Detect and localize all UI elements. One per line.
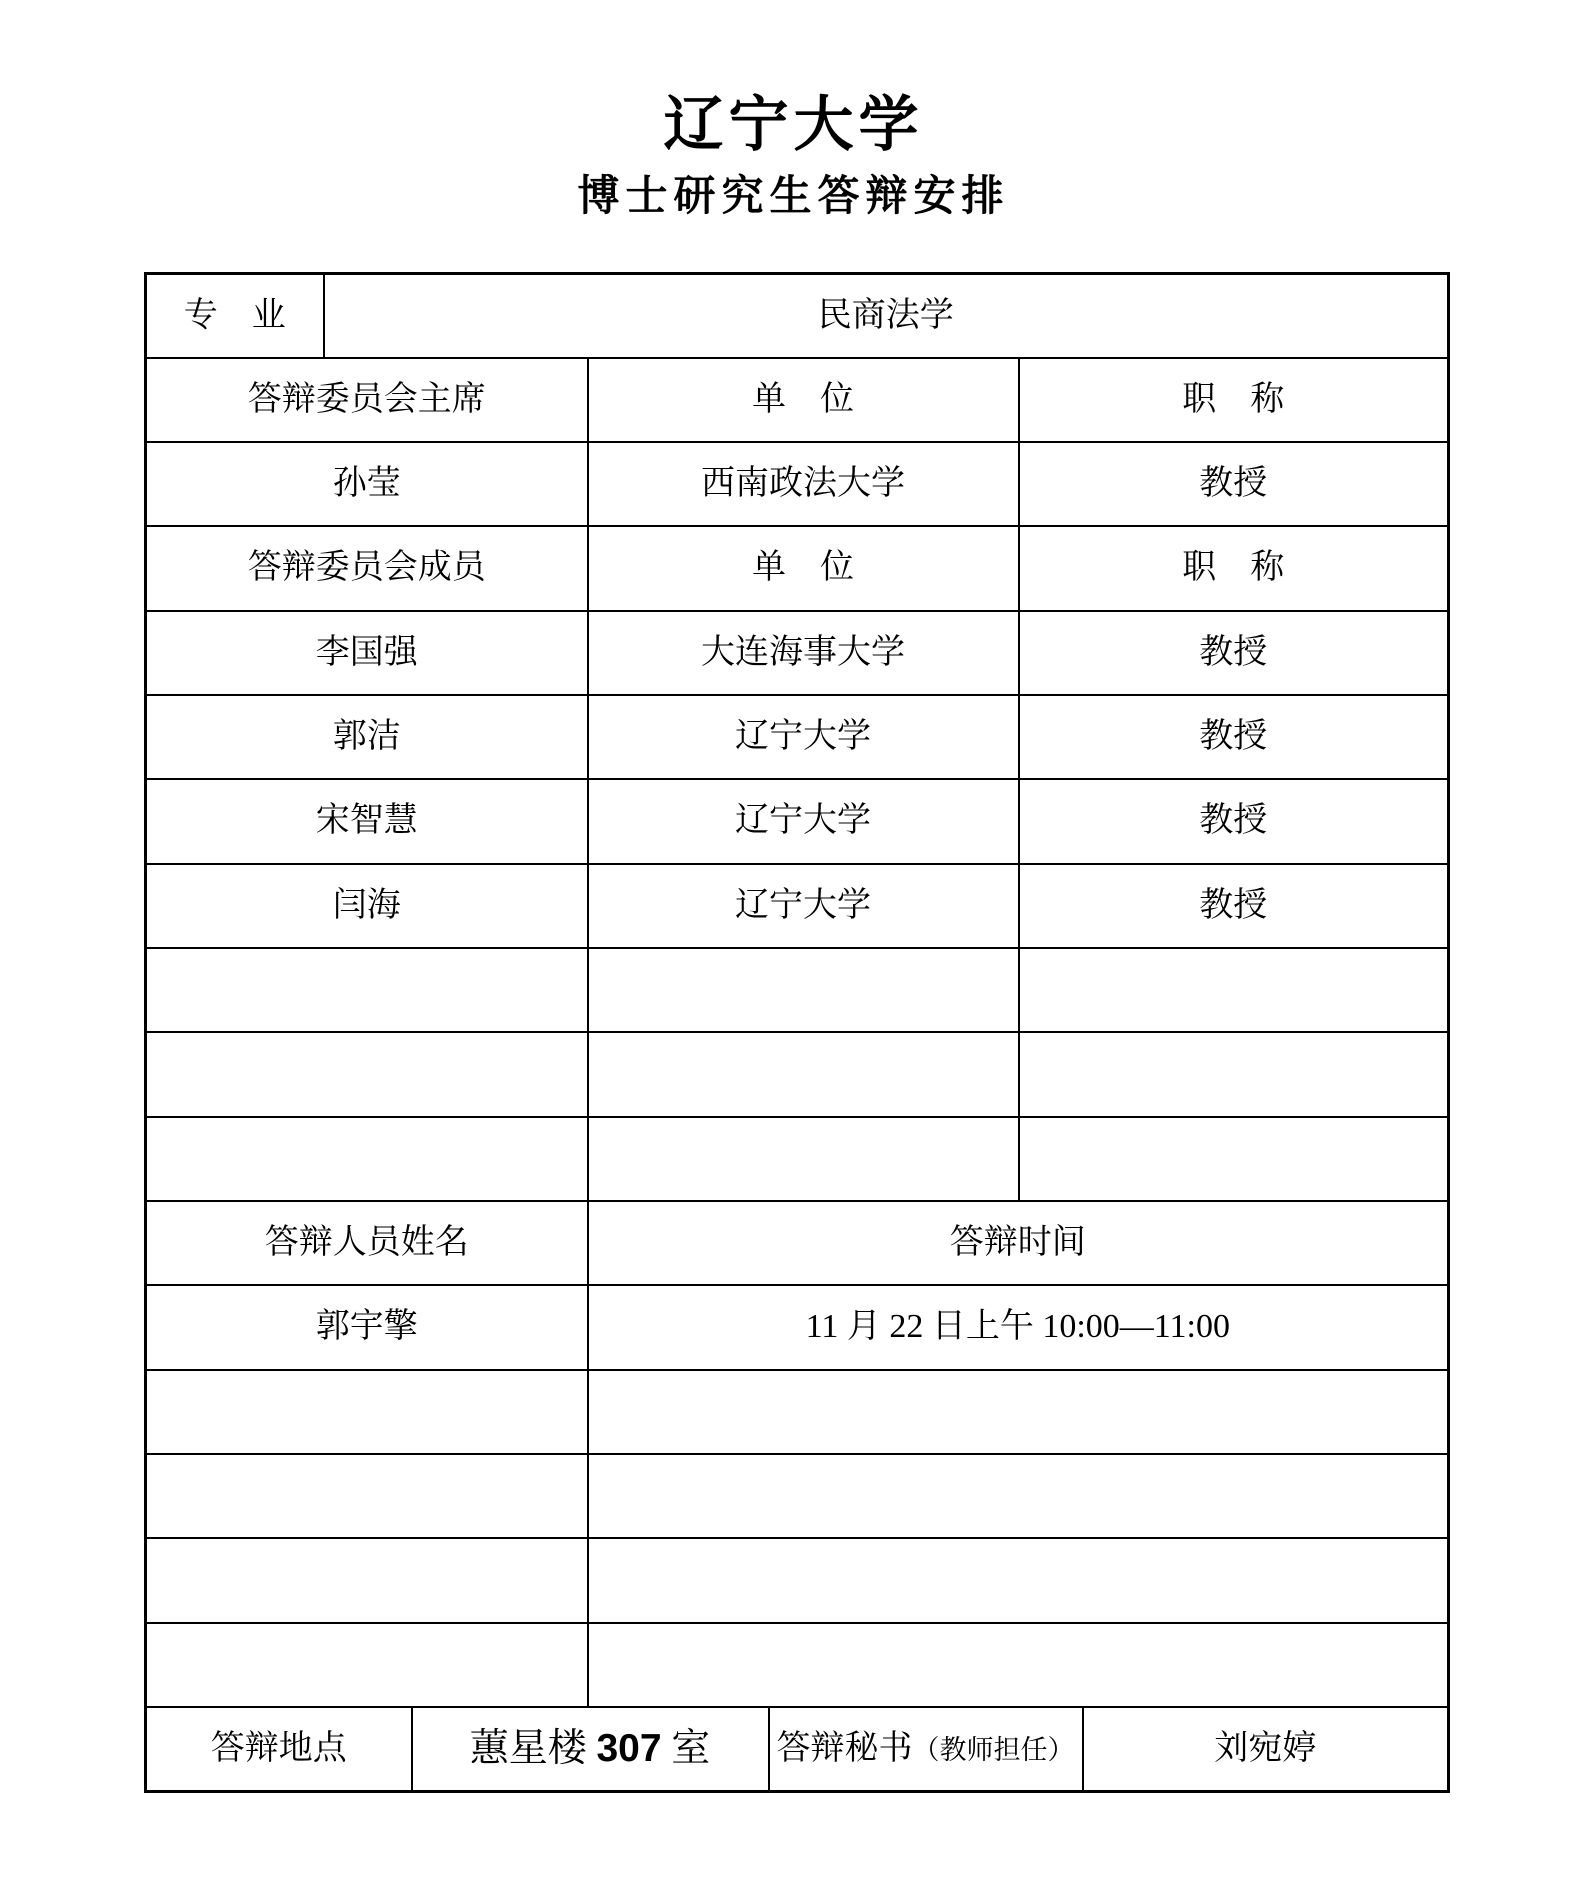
member-name-cell: 李国强 <box>146 611 588 695</box>
member-row-empty <box>146 1117 1449 1201</box>
secretary-note: （教师担任） <box>913 1735 1075 1765</box>
candidate-header-row: 答辩人员姓名 答辩时间 <box>146 1201 1449 1285</box>
candidate-row-empty <box>146 1623 1449 1707</box>
candidate-name-cell: 郭宇擎 <box>146 1285 588 1369</box>
chair-unit-cell: 西南政法大学 <box>588 442 1019 526</box>
major-value-cell: 民商法学 <box>324 274 1449 358</box>
empty-cell <box>588 948 1019 1032</box>
member-title-cell: 教授 <box>1019 779 1449 863</box>
member-unit-header-cell: 单 位 <box>588 526 1019 610</box>
location-label-cell: 答辩地点 <box>146 1707 412 1791</box>
member-row-empty <box>146 948 1449 1032</box>
member-unit-cell: 辽宁大学 <box>588 695 1019 779</box>
empty-cell <box>146 1117 588 1201</box>
candidate-row: 郭宇擎 11 月 22 日上午 10:00—11:00 <box>146 1285 1449 1369</box>
chair-header-row: 答辩委员会主席 单 位 职 称 <box>146 358 1449 442</box>
location-room-number: 307 <box>596 1727 661 1770</box>
member-unit-cell: 大连海事大学 <box>588 611 1019 695</box>
defense-arrangement-table: 专 业 民商法学 答辩委员会主席 单 位 职 称 孙莹 西南政法大学 教授 答辩… <box>144 272 1450 1793</box>
empty-cell <box>588 1454 1449 1538</box>
document-page: 辽宁大学 博士研究生答辩安排 专 业 民商法学 答辩委员会主席 单 位 职 称 … <box>0 0 1587 1896</box>
empty-cell <box>146 1623 588 1707</box>
defense-time-header-cell: 答辩时间 <box>588 1201 1449 1285</box>
empty-cell <box>146 1370 588 1454</box>
defense-time-cell: 11 月 22 日上午 10:00—11:00 <box>588 1285 1449 1369</box>
member-name-cell: 闫海 <box>146 864 588 948</box>
chair-name-cell: 孙莹 <box>146 442 588 526</box>
location-value-cell: 蕙星楼 307 室 <box>412 1707 769 1791</box>
major-row: 专 业 民商法学 <box>146 274 1449 358</box>
member-row: 闫海 辽宁大学 教授 <box>146 864 1449 948</box>
page-title: 辽宁大学 <box>0 92 1587 158</box>
candidate-name-header-cell: 答辩人员姓名 <box>146 1201 588 1285</box>
member-header-row: 答辩委员会成员 单 位 职 称 <box>146 526 1449 610</box>
empty-cell <box>588 1623 1449 1707</box>
empty-cell <box>146 1032 588 1116</box>
candidate-row-empty <box>146 1454 1449 1538</box>
member-role-header-cell: 答辩委员会成员 <box>146 526 588 610</box>
member-name-cell: 宋智慧 <box>146 779 588 863</box>
location-building: 蕙星楼 <box>470 1727 597 1770</box>
empty-cell <box>588 1538 1449 1622</box>
member-row: 李国强 大连海事大学 教授 <box>146 611 1449 695</box>
chair-title-header-cell: 职 称 <box>1019 358 1449 442</box>
empty-cell <box>1019 948 1449 1032</box>
member-row: 宋智慧 辽宁大学 教授 <box>146 779 1449 863</box>
empty-cell <box>588 1370 1449 1454</box>
member-unit-cell: 辽宁大学 <box>588 864 1019 948</box>
secretary-label: 答辩秘书 <box>777 1730 913 1767</box>
empty-cell <box>588 1117 1019 1201</box>
chair-row: 孙莹 西南政法大学 教授 <box>146 442 1449 526</box>
candidate-row-empty <box>146 1538 1449 1622</box>
secretary-name-cell: 刘宛婷 <box>1083 1707 1449 1791</box>
chair-unit-header-cell: 单 位 <box>588 358 1019 442</box>
empty-cell <box>146 1454 588 1538</box>
empty-cell <box>1019 1117 1449 1201</box>
empty-cell <box>146 1538 588 1622</box>
member-title-header-cell: 职 称 <box>1019 526 1449 610</box>
footer-row: 答辩地点 蕙星楼 307 室 答辩秘书（教师担任） 刘宛婷 <box>146 1707 1449 1791</box>
member-title-cell: 教授 <box>1019 864 1449 948</box>
secretary-label-cell: 答辩秘书（教师担任） <box>769 1707 1083 1791</box>
empty-cell <box>146 948 588 1032</box>
member-title-cell: 教授 <box>1019 695 1449 779</box>
member-row-empty <box>146 1032 1449 1116</box>
major-label-cell: 专 业 <box>146 274 324 358</box>
chair-role-header-cell: 答辩委员会主席 <box>146 358 588 442</box>
empty-cell <box>1019 1032 1449 1116</box>
member-row: 郭洁 辽宁大学 教授 <box>146 695 1449 779</box>
member-name-cell: 郭洁 <box>146 695 588 779</box>
page-subtitle: 博士研究生答辩安排 <box>0 172 1587 220</box>
empty-cell <box>588 1032 1019 1116</box>
member-title-cell: 教授 <box>1019 611 1449 695</box>
location-room-suffix: 室 <box>662 1727 711 1770</box>
member-unit-cell: 辽宁大学 <box>588 779 1019 863</box>
candidate-row-empty <box>146 1370 1449 1454</box>
chair-title-cell: 教授 <box>1019 442 1449 526</box>
